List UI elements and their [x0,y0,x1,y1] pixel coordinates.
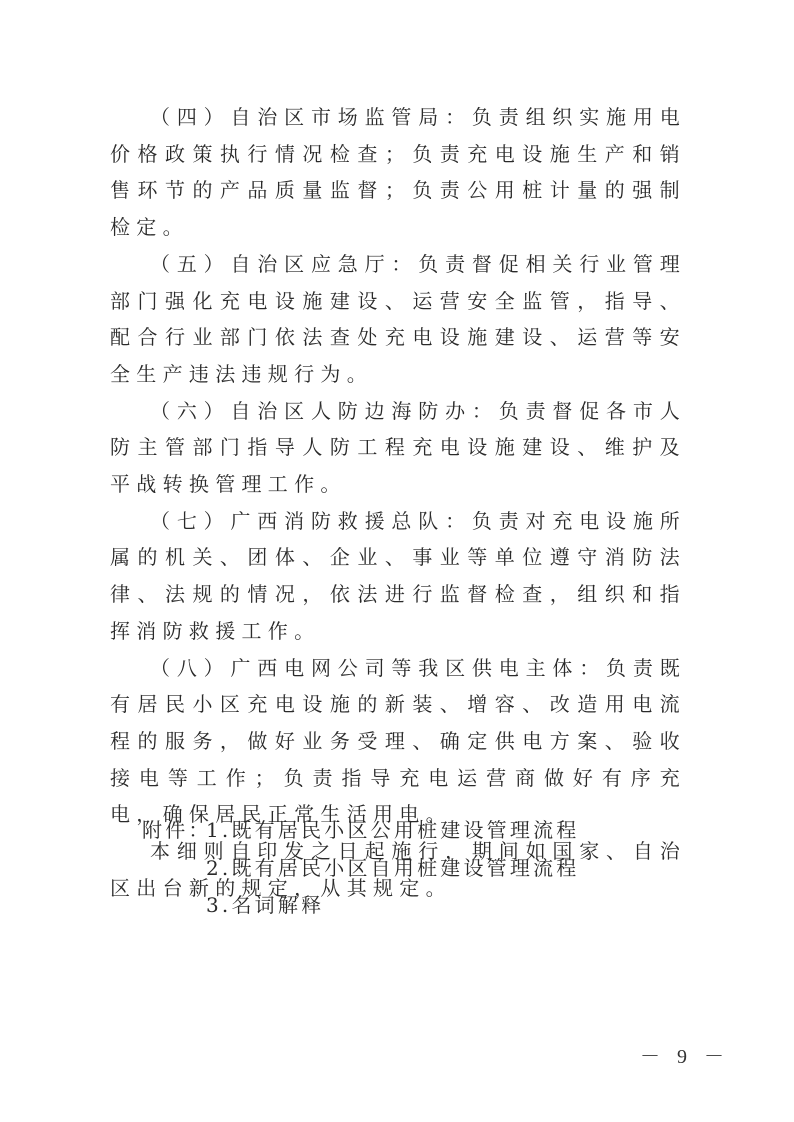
paragraph-power-grid: （八）广西电网公司等我区供电主体：负责既有居民小区充电设施的新装、增容、改造用电… [110,650,686,834]
attachment-indent [142,887,206,925]
page-number: － 9 － [640,1040,730,1069]
paragraph-market-supervision: （四）自治区市场监管局：负责组织实施用电价格政策执行情况检查；负责充电设施生产和… [110,99,686,246]
attachment-item: 3.名词解释 [142,887,579,925]
paragraph-emergency-management: （五）自治区应急厅：负责督促相关行业管理部门强化充电设施建设、运营安全监管，指导… [110,246,686,393]
attachment-indent [142,850,206,888]
document-page: （四）自治区市场监管局：负责组织实施用电价格政策执行情况检查；负责充电设施生产和… [0,0,794,1122]
paragraph-civil-air-defense: （六）自治区人防边海防办：负责督促各市人防主管部门指导人防工程充电设施建设、维护… [110,393,686,503]
body-text: （四）自治区市场监管局：负责组织实施用电价格政策执行情况检查；负责充电设施生产和… [110,99,686,906]
attachment-1: 1.既有居民小区公用桩建设管理流程 [206,812,579,850]
attachment-item: 2.既有居民小区自用桩建设管理流程 [142,850,579,888]
attachment-3: 3.名词解释 [206,887,324,925]
attachments-list: 附件： 1.既有居民小区公用桩建设管理流程 2.既有居民小区自用桩建设管理流程 … [142,812,579,925]
attachment-item: 附件： 1.既有居民小区公用桩建设管理流程 [142,812,579,850]
attachment-2: 2.既有居民小区自用桩建设管理流程 [206,850,579,888]
paragraph-fire-rescue: （七）广西消防救援总队：负责对充电设施所属的机关、团体、企业、事业等单位遵守消防… [110,503,686,650]
attachments-label: 附件： [142,812,206,850]
